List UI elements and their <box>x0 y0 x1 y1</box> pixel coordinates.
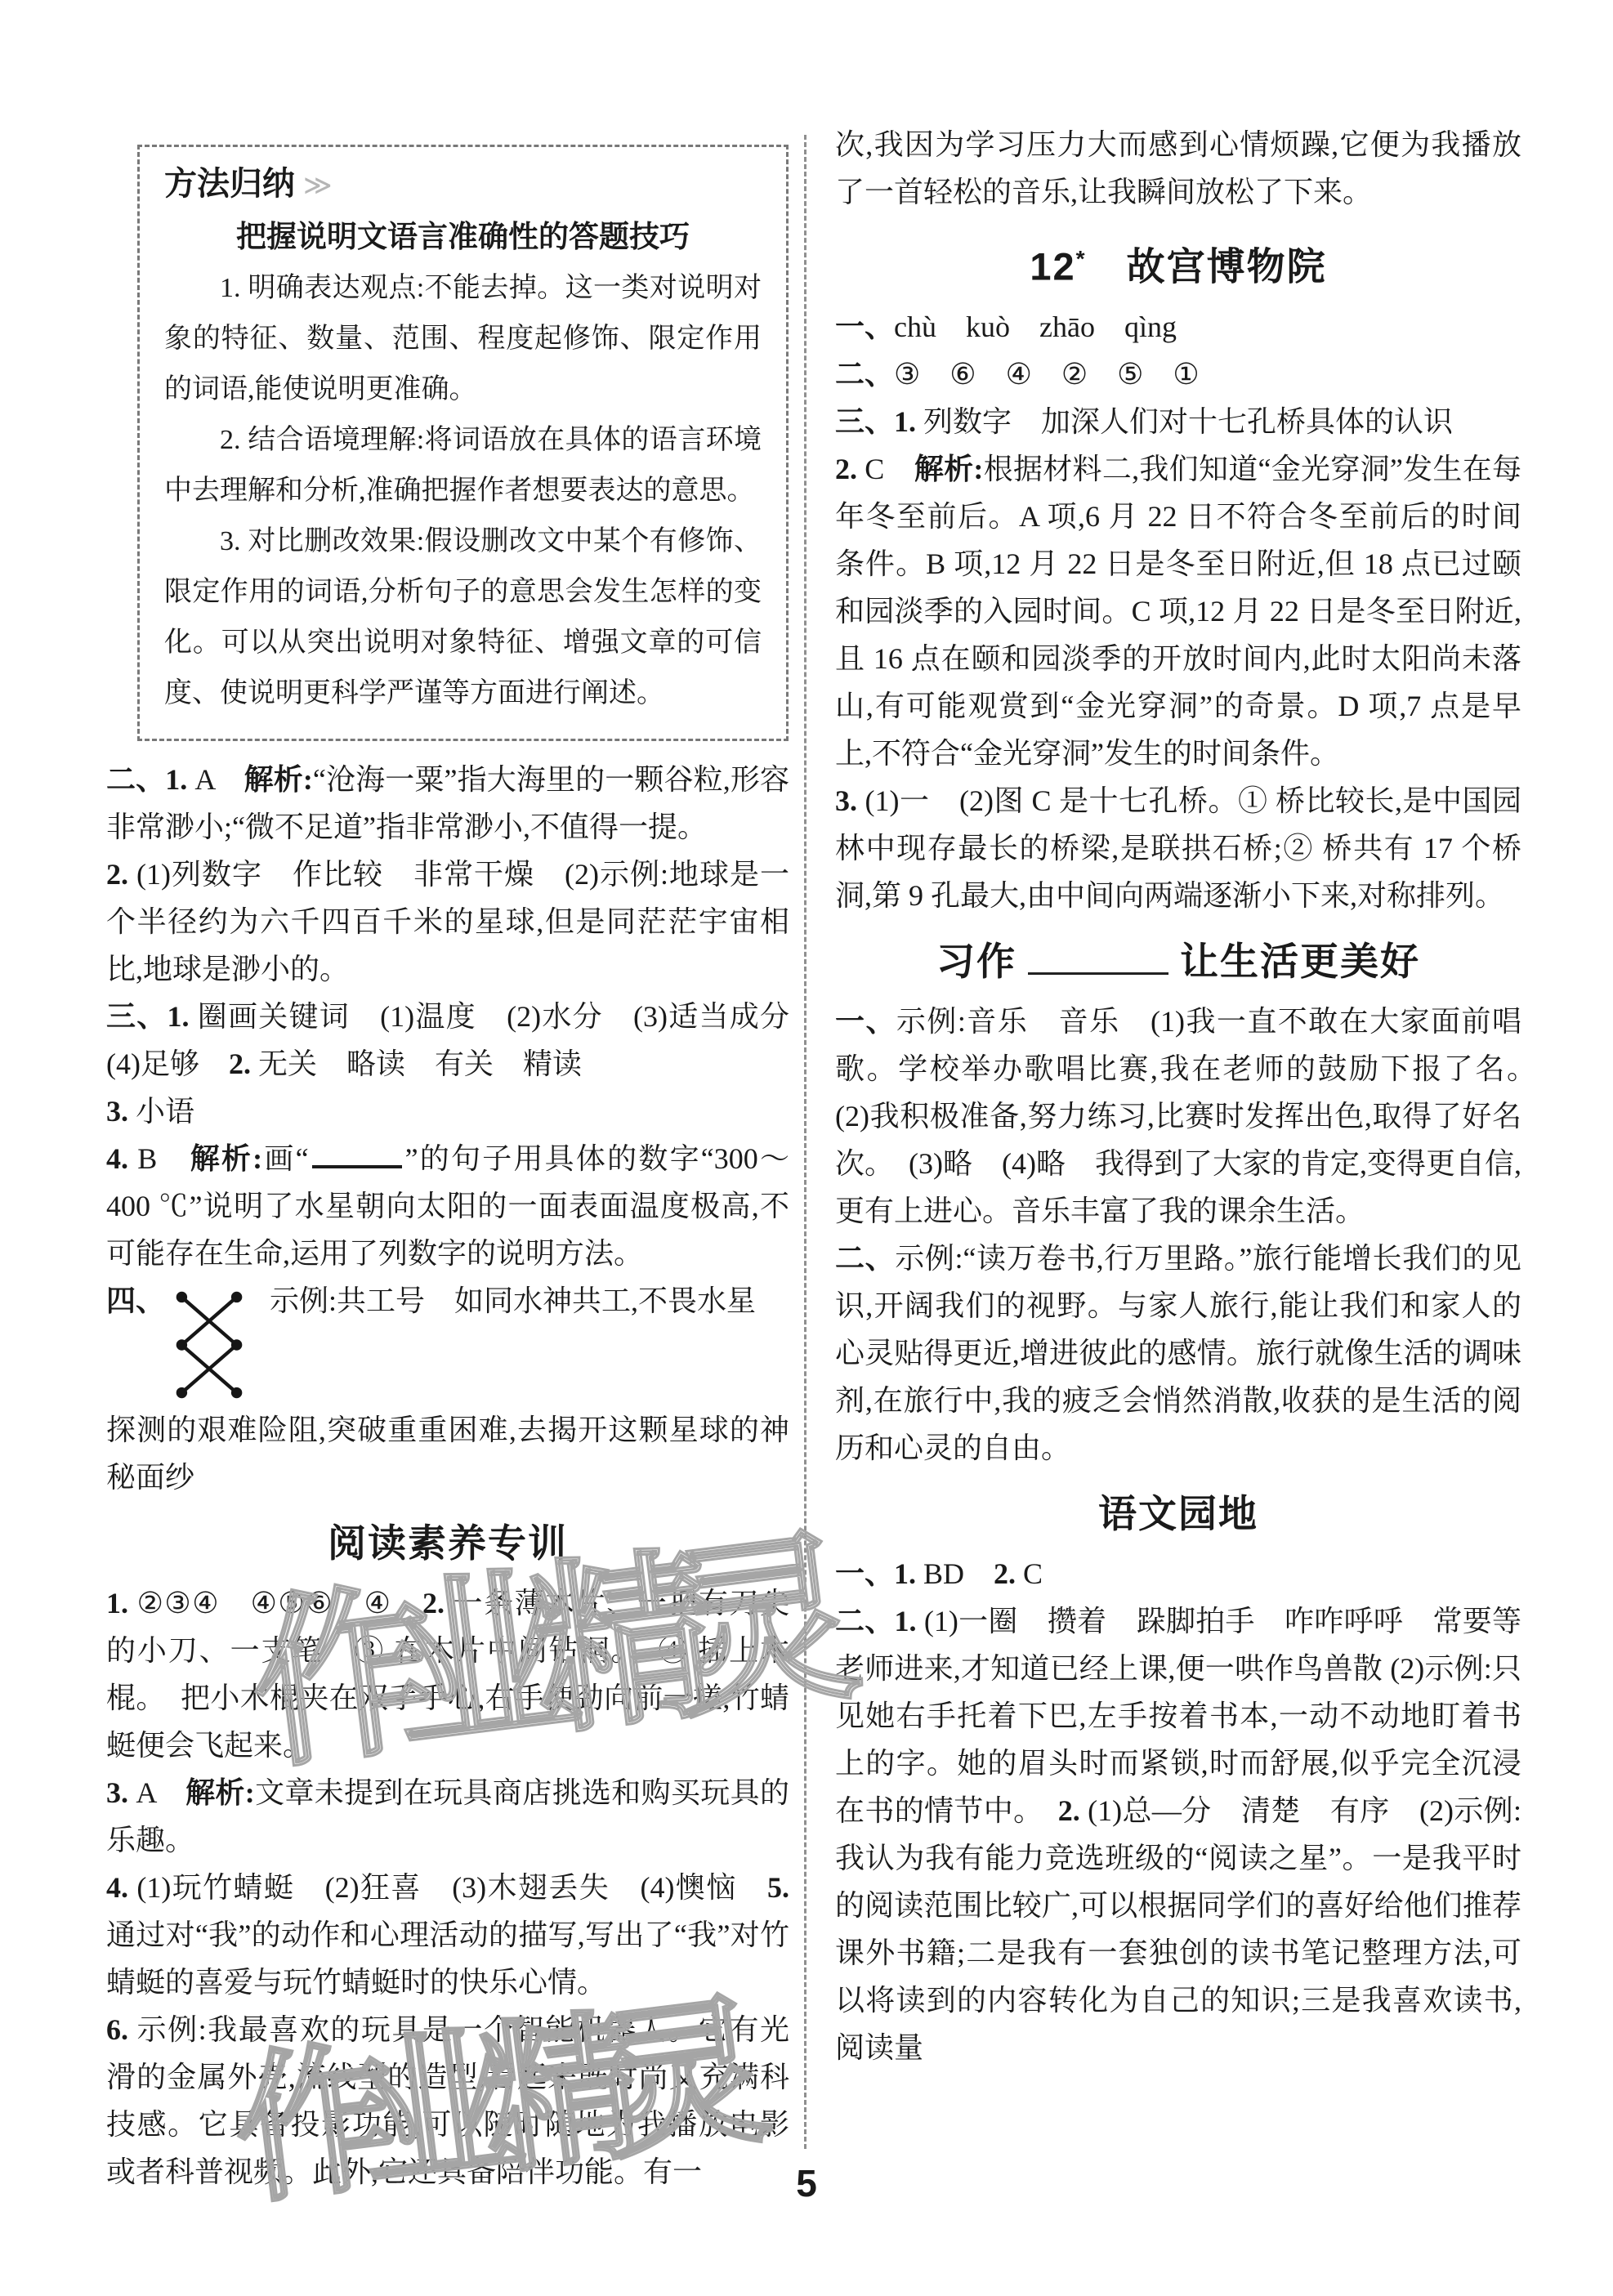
chevrons-icon: ≫ <box>295 170 328 201</box>
text-run: 探测的艰难险阻,突破重重困难,去揭开这颗星球的神秘面纱 <box>106 1414 789 1494</box>
matching-answer-block: 四、示例:共工号 如同水神共工,不畏水星 <box>106 1277 789 1406</box>
bold-text: 解析: <box>185 1776 255 1809</box>
method-box: 方法归纳≫把握说明文语言准确性的答题技巧1. 明确表达观点:不能去掉。这一类对说… <box>137 145 789 741</box>
text-run: 根据材料二,我们知道“金光穿洞”发生在每年冬至前后。A 项,6 月 22 日不符… <box>835 453 1521 770</box>
bold-text: 3. <box>835 784 865 817</box>
section-heading: 12* 故宫博物院 <box>835 232 1521 293</box>
bold-text: 三、 <box>106 1000 167 1033</box>
bold-text: 2. <box>106 858 136 891</box>
answer-paragraph: 次,我因为学习压力大而感到心情烦躁,它便为我播放了一首轻松的音乐,让我瞬间放松了… <box>835 121 1521 216</box>
text-run: 画“ <box>262 1142 308 1175</box>
text-run: 示例:“读万卷书,行万里路。”旅行能增长我们的见识,开阔我们的视野。与家人旅行,… <box>835 1242 1521 1464</box>
bold-text: 解析: <box>914 453 984 485</box>
method-box-paragraph: 2. 结合语境理解:将词语放在具体的语言环境中去理解和分析,准确把握作者想要表达… <box>164 415 762 516</box>
bold-text: 三、 <box>835 405 894 438</box>
bold-text: 3. <box>106 1776 136 1809</box>
bold-text: 二、 <box>106 763 165 796</box>
text-run: (1)一 (2)图 C 是十七孔桥。① 桥比较长,是中国园林中现存最长的桥梁,是… <box>835 784 1521 912</box>
bold-text: 故宫博物院 <box>1087 245 1327 288</box>
text-run: C <box>1023 1557 1043 1590</box>
bold-text: 1. <box>165 763 194 796</box>
bold-text: 4. <box>106 1871 136 1904</box>
bold-text: 1. <box>167 1000 197 1033</box>
text-run: C <box>865 453 914 485</box>
section-heading: 语文园地 <box>835 1488 1521 1540</box>
text-run: (1)总—分 清楚 有序 (2)示例:我认为我有能力竞选班级的“阅读之星”。一是… <box>835 1794 1521 2064</box>
section-heading: 习作让生活更美好 <box>835 936 1521 988</box>
answer-paragraph: 探测的艰难险阻,突破重重困难,去揭开这颗星球的神秘面纱 <box>106 1406 789 1501</box>
bold-text: 2. <box>994 1557 1023 1590</box>
text-run: * <box>1076 245 1087 271</box>
bold-text: 一、 <box>835 310 894 343</box>
text-run: 次,我因为学习压力大而感到心情烦躁,它便为我播放了一首轻松的音乐,让我瞬间放松了… <box>835 128 1521 208</box>
method-box-title: 把握说明文语言准确性的答题技巧 <box>164 212 762 261</box>
blank-underline <box>1028 940 1168 975</box>
text-run: 示例:共工号 如同水神共工,不畏水星 <box>270 1284 756 1317</box>
bold-text: 1. <box>895 1605 924 1637</box>
text-run: (1)列数字 作比较 非常干燥 (2)示例:地球是一个半径约为六千四百千米的星球… <box>106 858 789 985</box>
bold-text: 一、 <box>835 1557 894 1590</box>
text-run: 通过对“我”的动作和心理活动的描写,写出了“我”对竹蜻蜓的喜爱与玩竹蜻蜓时的快乐… <box>106 1919 789 1999</box>
answer-paragraph: 一、1. BD 2. C <box>835 1550 1521 1597</box>
method-box-label-row: 方法归纳≫ <box>164 160 762 209</box>
answer-paragraph: 3. 小语 <box>106 1088 789 1135</box>
text-run: 无关 略读 有关 精读 <box>258 1047 582 1080</box>
bold-text: 解析: <box>190 1142 262 1175</box>
text-run: B <box>137 1142 190 1175</box>
text-run: 示例:音乐 音乐 (1)我一直不敢在大家面前唱歌。学校举办歌唱比赛,我在老师的鼓… <box>835 1005 1551 1227</box>
bold-text: 习作 <box>936 940 1017 983</box>
text-run: chù kuò zhāo qìng <box>894 310 1177 343</box>
bold-text: 解析: <box>244 763 313 796</box>
bold-text: 2. <box>422 1587 454 1619</box>
bold-text: 1. <box>894 1557 923 1590</box>
answer-paragraph: 3. A 解析:文章未提到在玩具商店挑选和购买玩具的乐趣。 <box>106 1769 789 1864</box>
text-run: ②③④ ④⑤⑥ ④ <box>137 1587 422 1619</box>
answer-paragraph: 2. (1)列数字 作比较 非常干燥 (2)示例:地球是一个半径约为六千四百千米… <box>106 851 789 993</box>
text-run: 语文园地 <box>1098 1492 1258 1535</box>
bold-text: 6. <box>106 2013 137 2046</box>
answer-paragraph: 二、示例:“读万卷书,行万里路。”旅行能增长我们的见识,开阔我们的视野。与家人旅… <box>835 1235 1521 1472</box>
answer-paragraph: 一、chù kuò zhāo qìng <box>835 303 1521 351</box>
text-run: 阅读素养专训 <box>328 1521 568 1565</box>
bold-text: 四、 <box>106 1284 165 1317</box>
left-column: 方法归纳≫把握说明文语言准确性的答题技巧1. 明确表达观点:不能去掉。这一类对说… <box>106 0 789 2195</box>
blank-underline <box>312 1140 402 1168</box>
bold-text: 一、 <box>835 1005 896 1038</box>
bold-text: 二、 <box>835 1605 895 1637</box>
text-run: 小语 <box>136 1095 194 1128</box>
right-column: 次,我因为学习压力大而感到心情烦躁,它便为我播放了一首轻松的音乐,让我瞬间放松了… <box>835 0 1521 2071</box>
text-run: 列数字 加深人们对十七孔桥具体的认识 <box>923 405 1453 438</box>
answer-paragraph: 2. C 解析:根据材料二,我们知道“金光穿洞”发生在每年冬至前后。A 项,6 … <box>835 445 1521 777</box>
bold-text: 1. <box>894 405 923 438</box>
method-box-label: 方法归纳 <box>164 166 295 202</box>
bold-text: 二、 <box>835 1242 895 1275</box>
text-run: A <box>136 1776 185 1809</box>
answer-paragraph: 三、1. 圈画关键词 (1)温度 (2)水分 (3)适当成分 (4)足够 2. … <box>106 993 789 1088</box>
page-number: 5 <box>0 2161 1613 2205</box>
bold-text: 1. <box>106 1587 137 1619</box>
answer-paragraph: 二、③ ⑥ ④ ② ⑤ ① <box>835 351 1521 398</box>
method-box-paragraph: 3. 对比删改效果:假设删改文中某个有修饰、限定作用的词语,分析句子的意思会发生… <box>164 516 762 719</box>
bold-text: 12 <box>1030 245 1075 288</box>
section-heading: 阅读素养专训 <box>106 1517 789 1570</box>
bold-text: 5. <box>767 1871 789 1904</box>
bold-text: 2. <box>229 1047 258 1080</box>
item-label: 四、 <box>106 1277 165 1324</box>
column-divider <box>804 135 806 2149</box>
answer-paragraph: 二、1. (1)一圈 攒着 跺脚拍手 咋咋呼呼 常要等老师进来,才知道已经上课,… <box>835 1597 1521 2071</box>
bold-text: 2. <box>1058 1794 1088 1827</box>
bold-text: 让生活更美好 <box>1180 940 1420 983</box>
method-box-paragraph: 1. 明确表达观点:不能去掉。这一类对说明对象的特征、数量、范围、程度起修饰、限… <box>164 263 762 415</box>
text-run: BD <box>923 1557 994 1590</box>
matching-lines-diagram <box>170 1284 248 1406</box>
answer-paragraph: 三、1. 列数字 加深人们对十七孔桥具体的认识 <box>835 398 1521 445</box>
bold-text: 2. <box>835 453 865 485</box>
answer-page: { "page": { "number": "5", "watermark": … <box>0 0 1613 2296</box>
answer-paragraph: 一、示例:音乐 音乐 (1)我一直不敢在大家面前唱歌。学校举办歌唱比赛,我在老师… <box>835 998 1521 1235</box>
text-run: A <box>194 763 244 796</box>
answer-paragraph: 1. ②③④ ④⑤⑥ ④ 2. 一条薄木片、一把有刀尖的小刀、一支笔 ③ 在木片… <box>106 1579 789 1769</box>
answer-paragraph: 4. (1)玩竹蜻蜓 (2)狂喜 (3)木翅丢失 (4)懊恼 5. 通过对“我”… <box>106 1864 789 2006</box>
text-run: (1)玩竹蜻蜓 (2)狂喜 (3)木翅丢失 (4)懊恼 <box>136 1871 767 1904</box>
bold-text: 3. <box>106 1095 136 1128</box>
answer-paragraph: 二、1. A 解析:“沧海一粟”指大海里的一颗谷粒,形容非常渺小;“微不足道”指… <box>106 756 789 851</box>
text-run: ③ ⑥ ④ ② ⑤ ① <box>894 358 1200 391</box>
answer-paragraph: 4. B 解析:画“”的句子用具体的数字“300～400 ℃”说明了水星朝向太阳… <box>106 1135 789 1277</box>
matching-answer-text: 示例:共工号 如同水神共工,不畏水星 <box>270 1277 789 1324</box>
bold-text: 4. <box>106 1142 137 1175</box>
bold-text: 二、 <box>835 358 894 391</box>
answer-paragraph: 3. (1)一 (2)图 C 是十七孔桥。① 桥比较长,是中国园林中现存最长的桥… <box>835 777 1521 919</box>
